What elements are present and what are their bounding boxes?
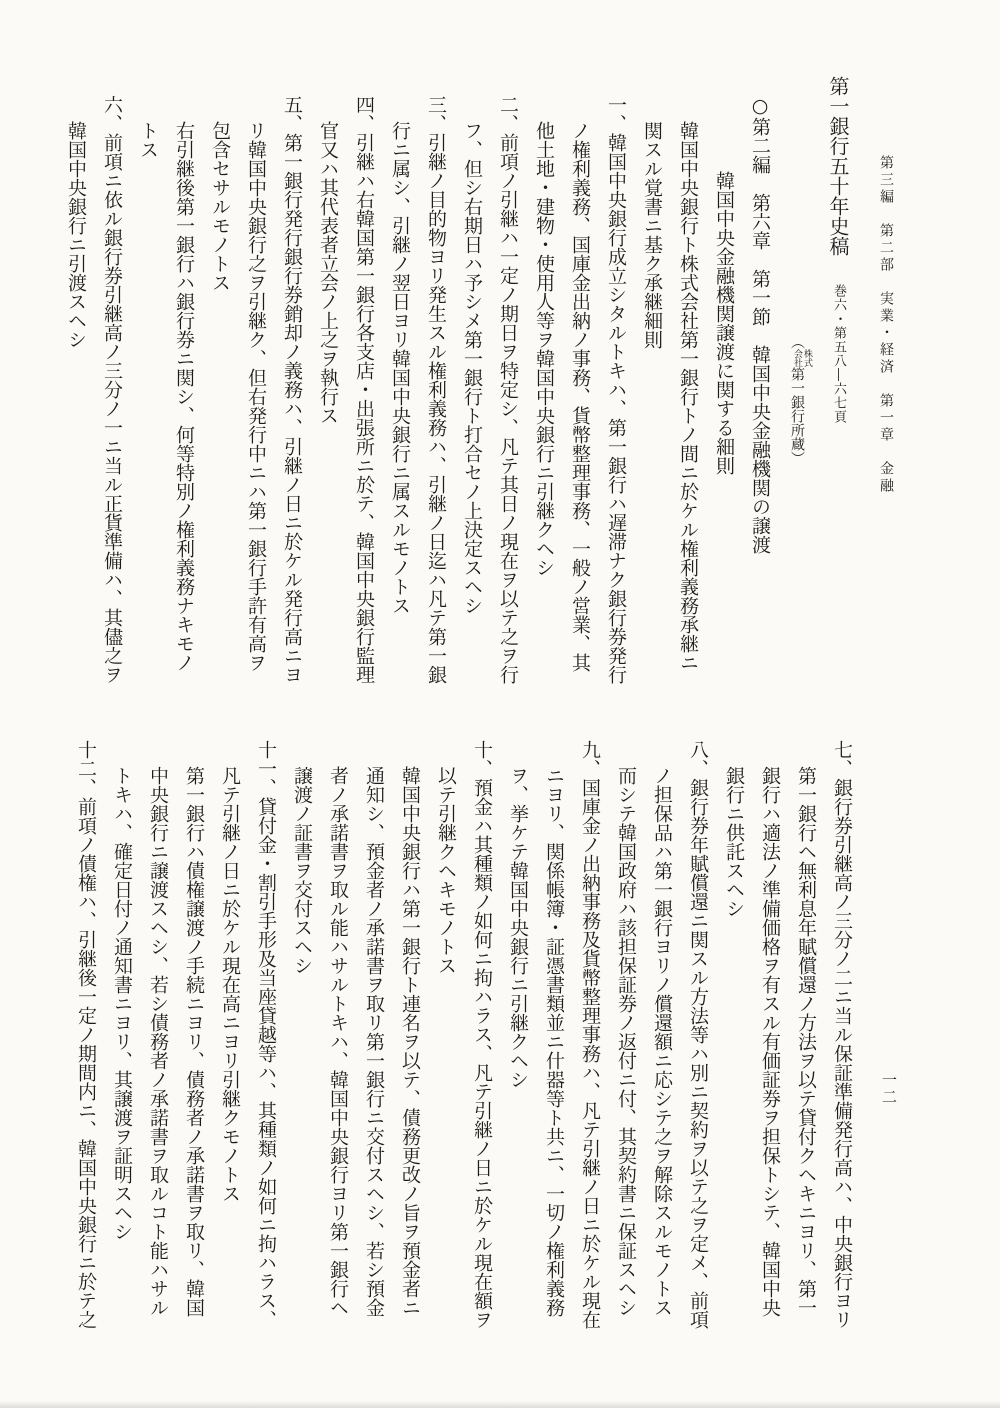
text-line: 七、銀行券引継高ノ三分ノ二ニ当ル保証準備発行高ハ、中央銀行ヨリ [824, 740, 860, 1380]
running-head: 第三編 第二部 実業・経済 第一章 金融 [876, 155, 896, 495]
text-line: 韓国中央銀行ト株式会社第一銀行トノ間ニ於ケル権利義務承継ニ [670, 95, 706, 720]
text-line: 十、預金ハ其種類ノ如何ニ拘ハラス、凡テ引継ノ日ニ於ケル現在額ヲ [464, 740, 500, 1380]
text-line: 官又ハ其代表者立会ノ上之ヲ執行ス [310, 95, 346, 720]
text-line: ○第二編 第六章 第一節 韓国中央金融機関の譲渡 [742, 95, 778, 720]
text-line: 第一銀行ハ債権譲渡ノ手続ニヨリ、債務者ノ承諾書ヲ取リ、韓国 [176, 740, 212, 1380]
text-line: 銀行ハ適法ノ準備価格ヲ有スル有価証券ヲ担保トシテ、韓国中央 [752, 740, 788, 1380]
text-line: 而シテ韓国政府ハ該担保証券ノ返付ニ付、其契約書ニ保証スヘシ [608, 740, 644, 1380]
attribution-open-paren: （ [789, 335, 805, 349]
text-line: トキハ、確定日付ノ通知書ニヨリ、其譲渡ヲ証明スヘシ [104, 740, 140, 1380]
text-line: 十一、貸付金・割引手形及当座貸越等ハ、其種類ノ如何ニ拘ハラス、 [248, 740, 284, 1380]
text-line: 他土地・建物・使用人等ヲ韓国中央銀行ニ引継クヘシ [526, 95, 562, 720]
text-line: 四、引継ハ右韓国第一銀行各支店・出張所ニ於テ、韓国中央銀行監理 [346, 95, 382, 720]
text-line: ヲ、挙ケテ韓国中央銀行ニ引継クヘシ [500, 740, 536, 1380]
warichu-line-2: 会社 [792, 349, 802, 367]
attribution-warichu: 株式会社 [792, 349, 812, 367]
upper-text-section: ○第二編 第六章 第一節 韓国中央金融機関の譲渡韓国中央金融機関譲渡に関する細則… [58, 95, 778, 720]
text-line: 凡テ引継ノ日ニ於ケル現在高ニヨリ引継クモノトス [212, 740, 248, 1380]
text-line: 韓国中央銀行ハ第一銀行ト連名ヲ以テ、債務更改ノ旨ヲ預金者ニ [392, 740, 428, 1380]
text-line: 六、前項ニ依ル銀行券引継高ノ三分ノ一ニ当ル正貨準備ハ、其儘之ヲ [94, 95, 130, 720]
text-line: 包含セサルモノトス [202, 95, 238, 720]
text-line: 銀行ニ供託スヘシ [716, 740, 752, 1380]
text-line: 一、韓国中央銀行成立シタルトキハ、第一銀行ハ遅滞ナク銀行券発行 [598, 95, 634, 720]
source-attribution: （株式会社第一銀行所蔵） [787, 335, 812, 465]
text-line: 行ニ属シ、引継ノ翌日ヨリ韓国中央銀行ニ属スルモノトス [382, 95, 418, 720]
text-line: 者ノ承諾書ヲ取ル能ハサルトキハ、韓国中央銀行ヨリ第一銀行ヘ [320, 740, 356, 1380]
text-line: 右引継後第一銀行ハ銀行券ニ関シ、何等特別ノ権利義務ナキモノ [166, 95, 202, 720]
text-line: 譲渡ノ証書ヲ交付スヘシ [284, 740, 320, 1380]
text-line: リ韓国中央銀行之ヲ引継ク、但右発行中ニハ第一銀行手許有高ヲ [238, 95, 274, 720]
lower-text-section: 七、銀行券引継高ノ三分ノ二ニ当ル保証準備発行高ハ、中央銀行ヨリ第一銀行ヘ無利息年… [68, 740, 860, 1380]
text-line: 韓国中央金融機関譲渡に関する細則 [706, 95, 742, 720]
text-line: ノ権利義務、国庫金出納ノ事務、貨幣整理事務、一般ノ営業、其 [562, 95, 598, 720]
text-line: ニヨリ、関係帳簿・証憑書類並ニ什器等ト共ニ、一切ノ権利義務 [536, 740, 572, 1380]
text-line: 通知シ、預金者ノ承諾書ヲ取リ第一銀行ニ交付スヘシ、若シ預金 [356, 740, 392, 1380]
title-block: 第一銀行五十年史稿巻六・第五八―六七頁 [818, 76, 858, 424]
volume-page-subtitle: 巻六・第五八―六七頁 [831, 256, 846, 424]
text-line: トス [130, 95, 166, 720]
attribution-main: 第一銀行所蔵） [789, 367, 805, 465]
text-line: 三、引継ノ目的物ヨリ発生スル権利義務ハ、引継ノ日迄ハ凡テ第一銀 [418, 95, 454, 720]
warichu-line-1: 株式 [802, 349, 812, 367]
text-line: フ、但シ右期日ハ予シメ第一銀行ト打合セノ上決定スヘシ [454, 95, 490, 720]
text-line: 五、第一銀行発行銀行券銷却ノ義務ハ、引継ノ日ニ於ケル発行高ニヨ [274, 95, 310, 720]
text-line: 以テ引継クヘキモノトス [428, 740, 464, 1380]
text-line: ノ担保品ハ第一銀行ヨリノ償還額ニ応シテ之ヲ解除スルモノトス [644, 740, 680, 1380]
text-line: 十二、前項ノ債権ハ、引継後一定ノ期間内ニ、韓国中央銀行ニ於テ之 [68, 740, 104, 1380]
text-line: 韓国中央銀行ニ引渡スヘシ [58, 95, 94, 720]
text-line: 二、前項ノ引継ハ一定ノ期日ヲ特定シ、凡テ其日ノ現在ヲ以テ之ヲ行 [490, 95, 526, 720]
scan-edge-shadow [0, 1401, 1000, 1408]
text-line: 第一銀行ヘ無利息年賦償還ノ方法ヲ以テ貸付クヘキニヨリ、第一 [788, 740, 824, 1380]
page-number: 一二 [879, 1072, 900, 1106]
text-line: 関スル覚書ニ基ク承継細則 [634, 95, 670, 720]
text-line: 八、銀行券年賦償還ニ関スル方法等ハ別ニ契約ヲ以テ之ヲ定メ、前項 [680, 740, 716, 1380]
text-line: 中央銀行ニ譲渡スヘシ、若シ債務者ノ承諾書ヲ取ルコト能ハサル [140, 740, 176, 1380]
book-page: { "colors": { "paper": "#fbfaf7", "ink":… [0, 0, 1000, 1408]
document-title: 第一銀行五十年史稿 [826, 76, 850, 256]
text-line: 九、国庫金ノ出納事務及貨幣整理事務ハ、凡テ引継ノ日ニ於ケル現在 [572, 740, 608, 1380]
